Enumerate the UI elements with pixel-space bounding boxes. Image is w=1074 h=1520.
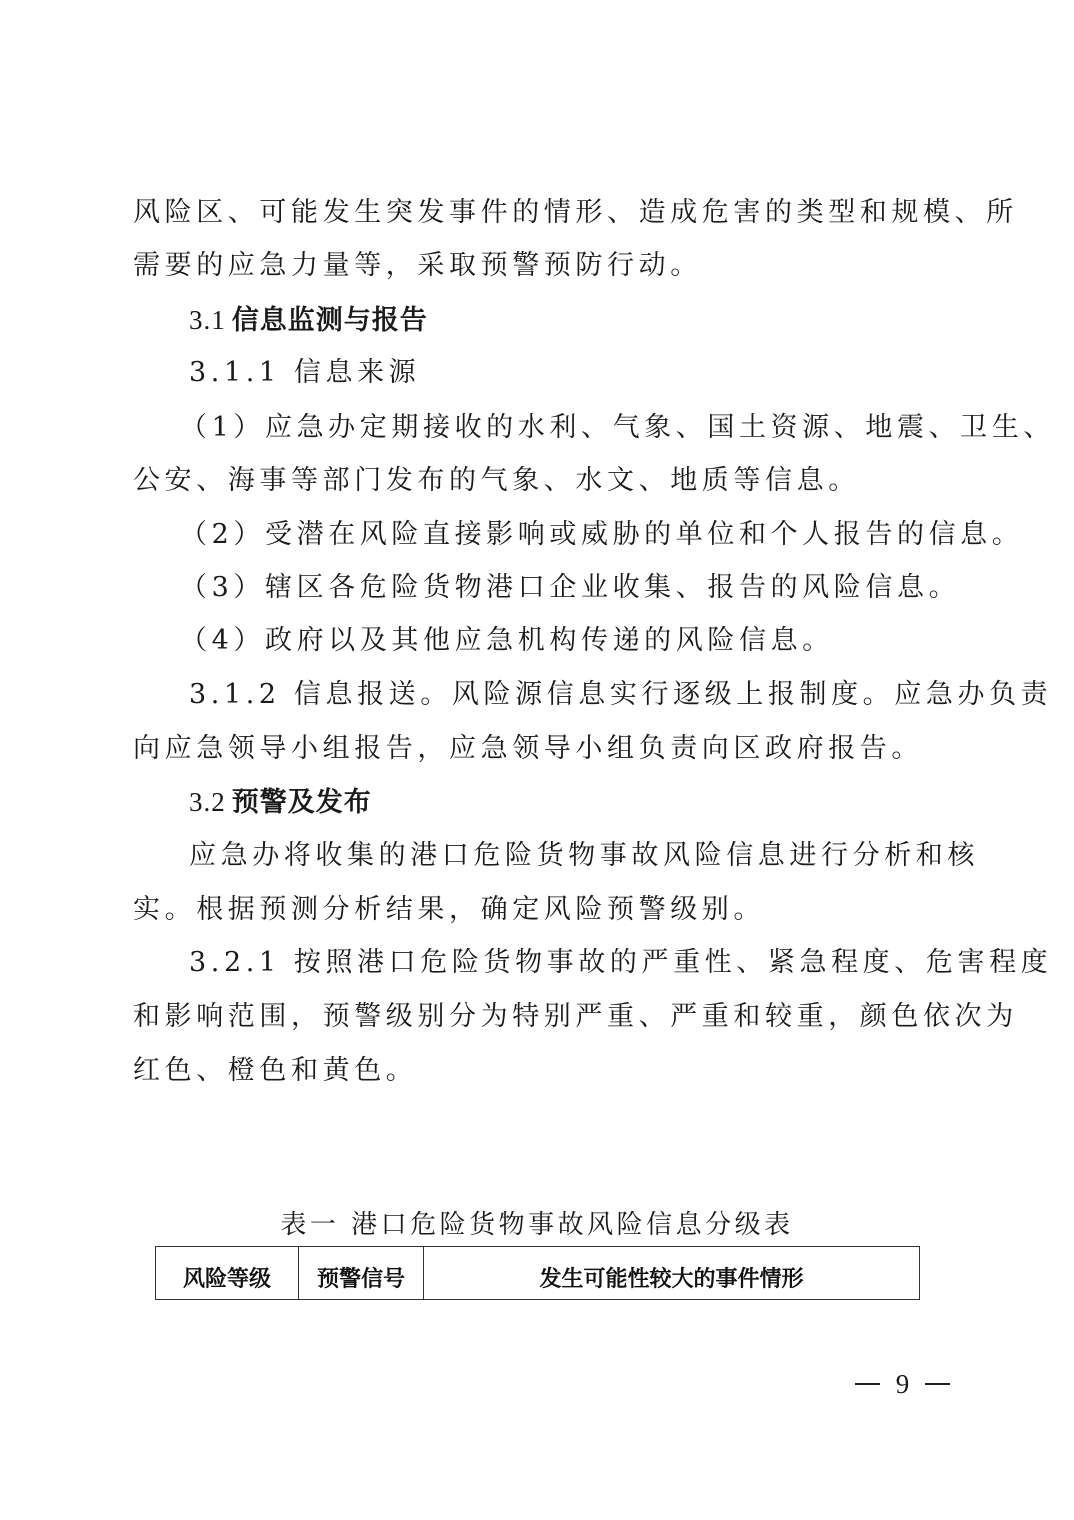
section-title: 信息监测与报告: [232, 305, 428, 336]
list-item-2: （2）受潜在风险直接影响或威胁的单位和个人报告的信息。: [180, 515, 980, 555]
dash-left: [855, 1383, 880, 1385]
paragraph-3-2-1: 3.2.1 按照港口危险货物事故的严重性、紧急程度、危害程度: [189, 943, 989, 983]
section-number: 3.2: [189, 787, 226, 817]
paragraph-3-1-2-continued: 向应急领导小组报告，应急领导小组负责向区政府报告。: [133, 729, 933, 769]
table-header-row: 风险等级 预警信号 发生可能性较大的事件情形: [156, 1247, 920, 1300]
list-item-4: （4）政府以及其他应急机构传递的风险信息。: [180, 621, 980, 661]
page-number-value: 9: [896, 1369, 910, 1400]
column-header-event-scenario: 发生可能性较大的事件情形: [424, 1247, 920, 1300]
column-header-warning-signal: 预警信号: [299, 1247, 424, 1300]
risk-level-table: 风险等级 预警信号 发生可能性较大的事件情形: [155, 1246, 919, 1300]
column-header-risk-level: 风险等级: [156, 1247, 299, 1300]
list-item-3: （3）辖区各危险货物港口企业收集、报告的风险信息。: [180, 568, 980, 608]
subsection-heading-3-1-1: 3.1.1 信息来源: [189, 353, 989, 393]
document-page: 风险区、可能发生突发事件的情形、造成危害的类型和规模、所 需要的应急力量等，采取…: [0, 0, 1074, 1520]
paragraph-3-2-continued: 实。根据预测分析结果，确定风险预警级别。: [133, 890, 933, 930]
page-number: 9: [855, 1366, 950, 1402]
paragraph-3-2-1-line2: 和影响范围，预警级别分为特别严重、严重和较重，颜色依次为: [133, 997, 933, 1037]
section-heading-3-1: 3.1信息监测与报告: [189, 300, 989, 341]
body-text-line: 需要的应急力量等，采取预警预防行动。: [133, 246, 933, 286]
section-heading-3-2: 3.2预警及发布: [189, 782, 989, 823]
list-item-1-continued: 公安、海事等部门发布的气象、水文、地质等信息。: [133, 461, 933, 501]
section-title: 预警及发布: [232, 787, 372, 818]
section-number: 3.1: [189, 305, 226, 335]
list-item-1: （1）应急办定期接收的水利、气象、国土资源、地震、卫生、: [180, 408, 980, 448]
paragraph-3-2-1-line3: 红色、橙色和黄色。: [133, 1051, 933, 1091]
table-caption: 表一 港口危险货物事故风险信息分级表: [0, 1207, 1074, 1243]
dash-right: [925, 1383, 950, 1385]
paragraph-3-2: 应急办将收集的港口危险货物事故风险信息进行分析和核: [189, 836, 989, 876]
paragraph-3-1-2: 3.1.2 信息报送。风险源信息实行逐级上报制度。应急办负责: [189, 675, 989, 715]
body-text-line: 风险区、可能发生突发事件的情形、造成危害的类型和规模、所: [133, 193, 933, 233]
